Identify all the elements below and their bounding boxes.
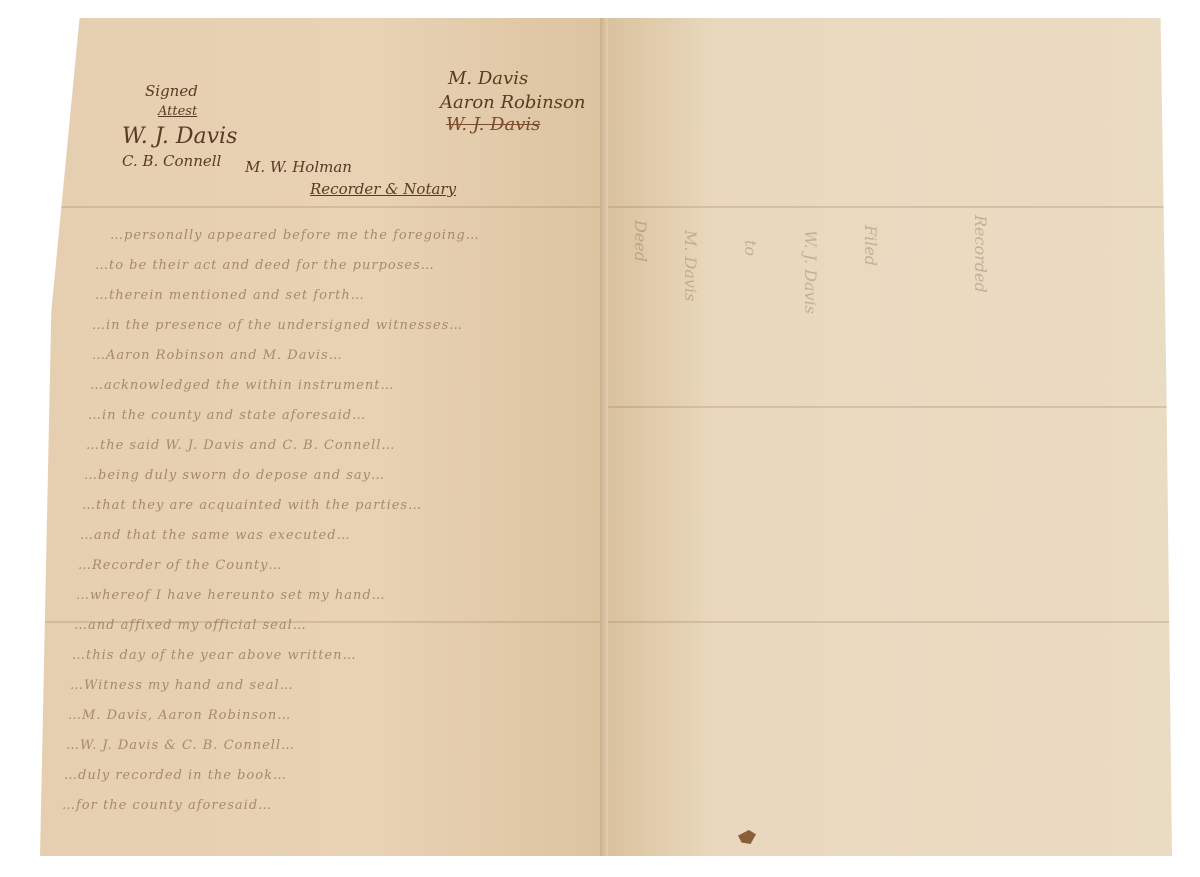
body-line: …this day of the year above written… <box>72 648 357 663</box>
body-line: …to be their act and deed for the purpos… <box>95 258 435 273</box>
docket-line: Recorded <box>971 215 990 293</box>
body-line: …Witness my hand and seal… <box>70 678 294 693</box>
docket-line: Deed <box>631 220 650 262</box>
body-line: …and that the same was executed… <box>80 528 351 543</box>
docket-line: W. J. Davis <box>801 230 820 314</box>
docket-line: M. Davis <box>681 230 700 301</box>
body-line: …Recorder of the County… <box>78 558 282 573</box>
docket-line: to <box>741 240 760 256</box>
signer-signature-1: M. Davis <box>448 68 528 89</box>
body-line: …in the county and state aforesaid… <box>88 408 366 423</box>
book-spine <box>600 18 608 856</box>
body-line: …acknowledged the within instrument… <box>90 378 394 393</box>
body-line: …in the presence of the undersigned witn… <box>92 318 463 333</box>
body-line: …whereof I have hereunto set my hand… <box>76 588 386 603</box>
body-line: …duly recorded in the book… <box>64 768 287 783</box>
body-line: …personally appeared before me the foreg… <box>110 228 480 243</box>
body-line: …therein mentioned and set forth… <box>95 288 365 303</box>
body-line: …W. J. Davis & C. B. Connell… <box>66 738 295 753</box>
docket-line: Filed <box>861 225 880 266</box>
right-page <box>600 18 1172 856</box>
fold-line <box>40 206 605 208</box>
body-line: …for the county aforesaid… <box>62 798 272 813</box>
body-line: …and affixed my official seal… <box>74 618 307 633</box>
fold-line <box>600 406 1172 408</box>
fold-line <box>600 206 1172 208</box>
body-line: …that they are acquainted with the parti… <box>82 498 422 513</box>
body-line: …M. Davis, Aaron Robinson… <box>68 708 291 723</box>
body-line: …Aaron Robinson and M. Davis… <box>92 348 343 363</box>
signed-label: Signed <box>145 82 198 100</box>
witness-signature-2: C. B. Connell <box>122 152 221 170</box>
fold-line <box>600 621 1172 623</box>
signer-signature-3-struck: W. J. Davis <box>446 114 540 135</box>
signer-signature-2: Aaron Robinson <box>440 92 585 113</box>
notary-title: Recorder & Notary <box>310 180 456 198</box>
notary-name: M. W. Holman <box>245 158 352 176</box>
body-line: …being duly sworn do depose and say… <box>84 468 385 483</box>
attest-label: Attest <box>158 104 197 119</box>
body-line: …the said W. J. Davis and C. B. Connell… <box>86 438 395 453</box>
witness-signature-1: W. J. Davis <box>122 124 237 149</box>
